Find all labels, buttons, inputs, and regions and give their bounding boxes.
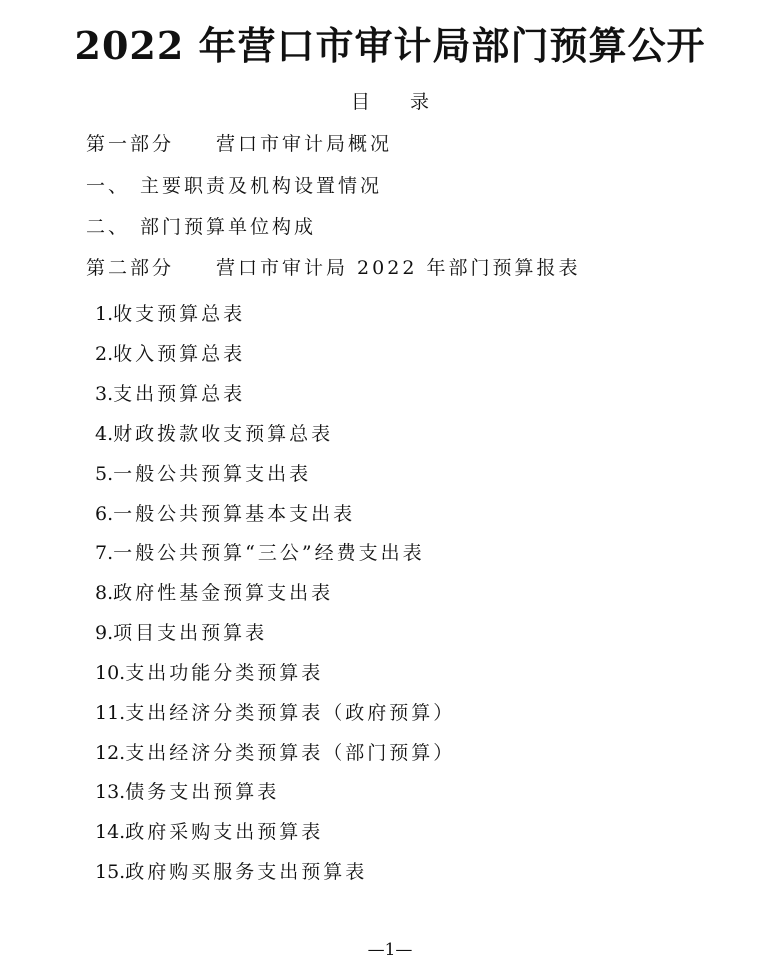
section-title: 部门预算单位构成 (140, 216, 316, 238)
toc-heading-char-1: 目 (351, 88, 370, 116)
item-number: 1. (95, 303, 113, 325)
item-title: 项目支出预算表 (113, 622, 267, 644)
section-marker: 一、 (86, 175, 130, 197)
toc-section-1[interactable]: 一、主要职责及机构设置情况 (86, 173, 382, 199)
section-marker: 二、 (86, 216, 130, 238)
item-number: 3. (95, 383, 113, 405)
toc-part-2[interactable]: 第二部分营口市审计局 2022 年部门预算报表 (86, 255, 580, 281)
item-title: 一般公共预算“三公”经费支出表 (113, 542, 424, 564)
item-title: 政府性基金预算支出表 (113, 582, 333, 604)
item-number: 9. (95, 622, 113, 644)
part-title: 营口市审计局 2022 年部门预算报表 (216, 257, 580, 279)
page-number: —1— (0, 938, 780, 962)
toc-item-1[interactable]: 1.收支预算总表 (95, 301, 245, 327)
section-title: 主要职责及机构设置情况 (140, 175, 382, 197)
item-number: 12. (95, 742, 125, 764)
toc-item-4[interactable]: 4.财政拨款收支预算总表 (95, 421, 333, 447)
item-title: 支出经济分类预算表（政府预算） (125, 702, 455, 724)
item-title: 收入预算总表 (113, 343, 245, 365)
toc-section-2[interactable]: 二、部门预算单位构成 (86, 214, 316, 240)
part-label: 第二部分 (86, 257, 174, 279)
document-title: 2022 年营口市审计局部门预算公开 (0, 22, 780, 70)
item-number: 5. (95, 463, 113, 485)
toc-item-6[interactable]: 6.一般公共预算基本支出表 (95, 501, 355, 527)
toc-item-10[interactable]: 10.支出功能分类预算表 (95, 660, 323, 686)
item-number: 4. (95, 423, 113, 445)
item-number: 7. (95, 542, 113, 564)
item-title: 政府采购支出预算表 (125, 821, 323, 843)
item-title: 财政拨款收支预算总表 (113, 423, 333, 445)
item-title: 债务支出预算表 (125, 781, 279, 803)
item-title: 一般公共预算基本支出表 (113, 503, 355, 525)
toc-item-13[interactable]: 13.债务支出预算表 (95, 779, 279, 805)
item-number: 11. (95, 702, 125, 724)
item-number: 8. (95, 582, 113, 604)
item-number: 15. (95, 861, 125, 883)
toc-item-9[interactable]: 9.项目支出预算表 (95, 620, 267, 646)
item-title: 收支预算总表 (113, 303, 245, 325)
toc-heading-char-2: 录 (410, 88, 429, 116)
toc-item-7[interactable]: 7.一般公共预算“三公”经费支出表 (95, 540, 425, 566)
item-title: 支出经济分类预算表（部门预算） (125, 742, 455, 764)
toc-item-2[interactable]: 2.收入预算总表 (95, 341, 245, 367)
part-label: 第一部分 (86, 133, 174, 155)
part-title: 营口市审计局概况 (216, 133, 392, 155)
toc-item-11[interactable]: 11.支出经济分类预算表（政府预算） (95, 700, 455, 726)
toc-item-8[interactable]: 8.政府性基金预算支出表 (95, 580, 333, 606)
toc-item-3[interactable]: 3.支出预算总表 (95, 381, 245, 407)
item-title: 政府购买服务支出预算表 (125, 861, 367, 883)
item-title: 一般公共预算支出表 (113, 463, 311, 485)
toc-part-1[interactable]: 第一部分营口市审计局概况 (86, 131, 392, 157)
toc-item-12[interactable]: 12.支出经济分类预算表（部门预算） (95, 740, 455, 766)
item-number: 6. (95, 503, 113, 525)
item-number: 2. (95, 343, 113, 365)
toc-item-5[interactable]: 5.一般公共预算支出表 (95, 461, 311, 487)
toc-item-14[interactable]: 14.政府采购支出预算表 (95, 819, 323, 845)
toc-heading: 目录 (0, 88, 780, 116)
item-title: 支出功能分类预算表 (125, 662, 323, 684)
item-number: 13. (95, 781, 125, 803)
item-title: 支出预算总表 (113, 383, 245, 405)
item-number: 10. (95, 662, 125, 684)
item-number: 14. (95, 821, 125, 843)
toc-item-15[interactable]: 15.政府购买服务支出预算表 (95, 859, 367, 885)
